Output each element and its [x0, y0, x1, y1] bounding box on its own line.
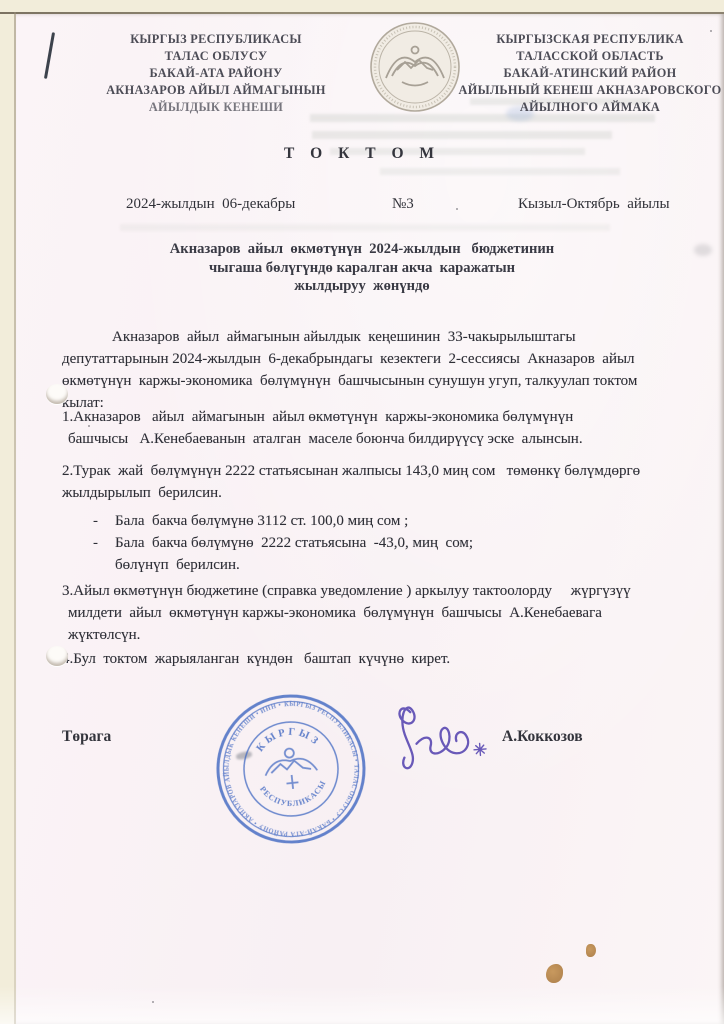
- punch-hole: [46, 646, 68, 666]
- resolution-item-4: 4.Бул токтом жарыяланган күндөн баштап к…: [62, 648, 450, 670]
- dust-speck: [152, 1001, 154, 1003]
- bullet-item: - Бала бакча бөлүмүнө 2222 статьясына -4…: [93, 532, 473, 554]
- resolution-item-1: 1.Акназаров айыл аймагынын айыл өкмөтүнү…: [62, 406, 583, 450]
- dust-speck: [710, 30, 712, 32]
- bullet-dash: -: [93, 510, 115, 532]
- bleedthrough-line: [120, 224, 610, 231]
- bullet-dash: -: [93, 532, 115, 554]
- resolution-2-bullets: - Бала бакча бөлүмүнө 3112 ст. 100,0 миң…: [93, 510, 473, 576]
- stamp-center-emblem: [263, 746, 319, 792]
- scan-left-edge: [14, 12, 16, 1024]
- bleedthrough-line: [380, 168, 620, 175]
- header-kyrgyz: КЫРГЫЗ РЕСПУБЛИКАСЫ ТАЛАС ОБЛУСУ БАКАЙ-А…: [70, 31, 362, 116]
- official-round-stamp-icon: КЫРГЫЗ РЕСПУБЛИКАСЫ • ТАЛАС ОБЛУСУ • БАК…: [207, 685, 374, 852]
- decree-subject: Акназаров айыл өкмөтүнүн 2024-жылдын бюд…: [16, 240, 708, 296]
- resolution-line: башчысы А.Кенебаеванын аталган маселе бо…: [62, 428, 583, 450]
- decree-place: Кызыл-Октябрь айылы: [518, 196, 670, 213]
- scan-top-edge: [0, 12, 724, 14]
- resolution-line: жүктөлсүн.: [62, 624, 631, 646]
- svg-text:КЫРГЫЗ РЕСПУБЛИКАСЫ • ТАЛАС ОБ: КЫРГЫЗ РЕСПУБЛИКАСЫ • ТАЛАС ОБЛУСУ • БАК…: [216, 693, 368, 845]
- resolution-line: 3.Айыл өкмөтүнүн бюджетине (справка увед…: [62, 580, 631, 602]
- header-russian: КЫРГЫЗСКАЯ РЕСПУБЛИКА ТАЛАССКОЙ ОБЛАСТЬ …: [455, 31, 724, 116]
- document-title: Т О К Т О М: [16, 145, 708, 163]
- bullet-text: бөлүнүп берилсин.: [115, 554, 240, 576]
- header-line: АЙЫЛЬНЫЙ КЕНЕШ АКНАЗАРОВСКОГО: [455, 82, 724, 99]
- bullet-continuation: бөлүнүп берилсин.: [93, 554, 473, 576]
- scanned-decree-page: КЫРГЫЗ РЕСПУБЛИКАСЫ ТАЛАС ОБЛУСУ БАКАЙ-А…: [0, 0, 724, 1024]
- resolution-item-3: 3.Айыл өкмөтүнүн бюджетине (справка увед…: [62, 580, 631, 646]
- header-line: ТАЛАС ОБЛУСУ: [70, 48, 362, 65]
- svg-text:КЫРГЫЗ: КЫРГЫЗ: [253, 723, 323, 754]
- bullet-text: Бала бакча бөлүмүнө 2222 статьясына -43,…: [115, 532, 473, 554]
- punch-hole: [46, 384, 68, 404]
- intro-line: Акназаров айыл аймагынын айылдык кеңешин…: [62, 326, 637, 348]
- decree-number: №3: [392, 196, 414, 213]
- header-line: АЙЫЛНОГО АЙМАКА: [455, 99, 724, 116]
- header-line: КЫРГЫЗ РЕСПУБЛИКАСЫ: [70, 31, 362, 48]
- signer-role-label: Төрага: [62, 728, 111, 746]
- header-line: КЫРГЫЗСКАЯ РЕСПУБЛИКА: [455, 31, 724, 48]
- dust-speck: [456, 208, 458, 210]
- bullet-item: - Бала бакча бөлүмүнө 3112 ст. 100,0 миң…: [93, 510, 473, 532]
- bullet-text: Бала бакча бөлүмүнө 3112 ст. 100,0 миң с…: [115, 510, 408, 532]
- resolution-line: жылдырылып берилсин.: [62, 482, 640, 504]
- header-line: АЙЫЛДЫК КЕНЕШИ: [70, 99, 362, 116]
- intro-line: өкмөтүнүн каржы-экономика бөлүмүнүн башч…: [62, 370, 637, 392]
- intro-line: депутаттарынын 2024-жылдын 6-декабрындаг…: [62, 348, 637, 370]
- bleedthrough-line: [312, 131, 612, 139]
- resolution-line: 4.Бул токтом жарыяланган күндөн баштап к…: [62, 648, 450, 670]
- subject-line: жылдыруу жөнүндө: [16, 277, 708, 296]
- resolution-line: 1.Акназаров айыл аймагынын айыл өкмөтүнү…: [62, 406, 583, 428]
- resolution-line: милдети айыл өкмөтүнүн каржы-экономика б…: [62, 602, 631, 624]
- handwritten-signature-icon: [389, 693, 494, 780]
- resolution-line: 2.Турак жай бөлүмүнүн 2222 статьясынан ж…: [62, 460, 640, 482]
- stamp-inner-top-text: КЫРГЫЗ: [253, 723, 323, 754]
- header-line: БАКАЙ-АТА РАЙОНУ: [70, 65, 362, 82]
- signer-name: А.Коккозов: [502, 728, 583, 746]
- subject-line: Акназаров айыл өкмөтүнүн 2024-жылдын бюд…: [16, 240, 708, 259]
- scan-bottom-fade: [0, 986, 724, 1024]
- stamp-ring-text: КЫРГЫЗ РЕСПУБЛИКАСЫ • ТАЛАС ОБЛУСУ • БАК…: [216, 693, 368, 845]
- header-line: АКНАЗАРОВ АЙЫЛ АЙМАГЫНЫН: [70, 82, 362, 99]
- decree-date: 2024-жылдын 06-декабры: [126, 196, 295, 213]
- header-line: ТАЛАССКОЙ ОБЛАСТЬ: [455, 48, 724, 65]
- intro-paragraph: Акназаров айыл аймагынын айылдык кеңешин…: [62, 326, 637, 414]
- resolution-item-2: 2.Турак жай бөлүмүнүн 2222 статьясынан ж…: [62, 460, 640, 504]
- kyrgyz-state-emblem-icon: [368, 20, 462, 114]
- dust-speck: [88, 425, 90, 427]
- header-line: БАКАЙ-АТИНСКИЙ РАЙОН: [455, 65, 724, 82]
- subject-line: чыгаша бөлүгүндө каралган акча каражатын: [16, 259, 708, 278]
